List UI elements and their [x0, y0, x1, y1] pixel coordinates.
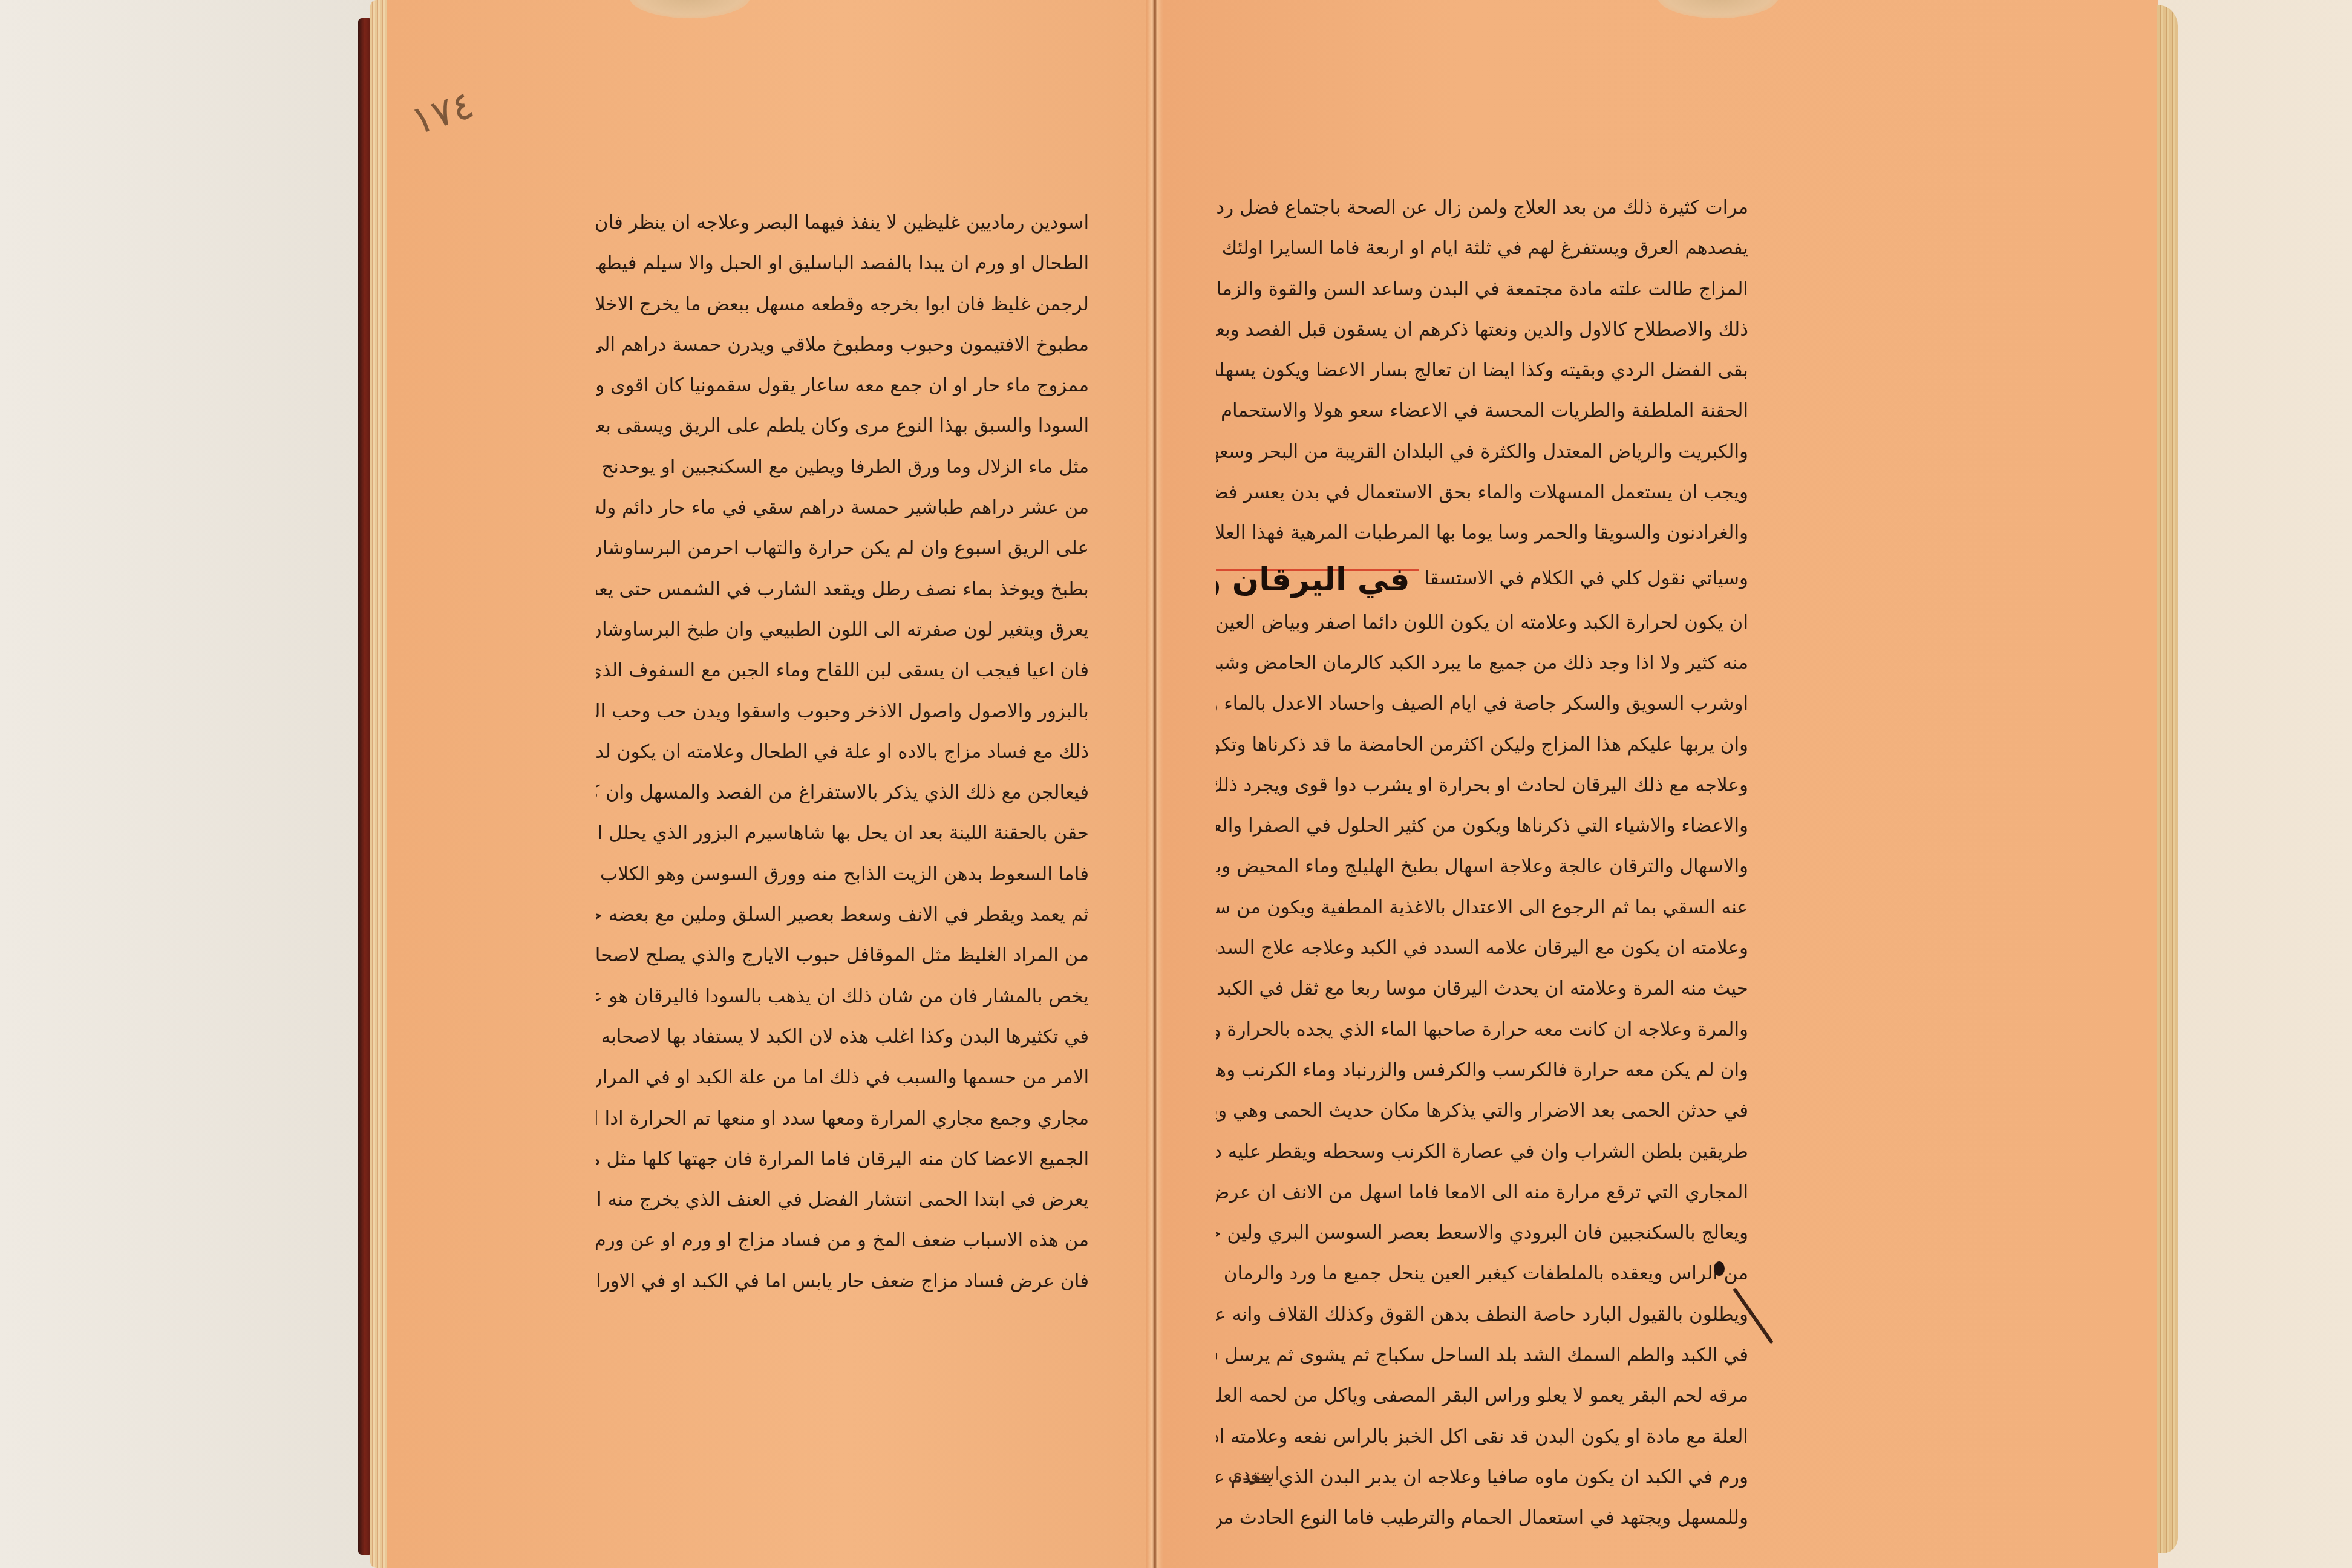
- text-line: العلة مع مادة او يكون البدن قد نقى اكل ا…: [1216, 1417, 1748, 1457]
- heading-line-before: وسياتي نقول كلي في الكلام في الاستسقا: [1424, 567, 1748, 589]
- text-line: ذلك مع فساد مزاج بالاده او علة في الطحال…: [596, 732, 1089, 773]
- text-line: في تكثيرها البدن وكذا اغلب هذه لان الكبد…: [596, 1017, 1089, 1057]
- text-line: يفصدهم العرق ويستفرغ لهم في ثلثة ايام او…: [1216, 228, 1748, 269]
- text-line: من الراس ويعقده بالملطفات كيغبر العين ين…: [1216, 1253, 1748, 1294]
- catchword: اسودی: [1228, 1464, 1280, 1485]
- text-line: ممزوج ماء حار او ان جمع معه ساعار يقول س…: [596, 365, 1089, 406]
- heading-line: وسياتي نقول كلي في الكلام في الاستسقا في…: [1216, 554, 1748, 603]
- text-line: ذلك والاصطلاح كالاول والدين ونعتها ذكرهم…: [1216, 310, 1748, 350]
- text-line: يخص بالمشار فان من شان ذلك ان يذهب بالسو…: [596, 976, 1089, 1017]
- text-line: حيث منه المرة وعلامته ان يحدث اليرقان مو…: [1216, 969, 1748, 1009]
- text-line: والاعضاء والاشياء التي ذكرناها ويكون من …: [1216, 806, 1748, 846]
- text-line: الحقنة الملطفة والطريات المحسة في الاعضا…: [1216, 391, 1748, 431]
- chapter-heading: في اليرقان وعلاجه: [1216, 569, 1419, 589]
- text-line: وللمسهل ويجتهد في استعمال الحمام والترطي…: [1216, 1498, 1748, 1538]
- text-line: ويعالج بالسكنجبين فان البرودي والاسعط بع…: [1216, 1213, 1748, 1253]
- background-left: [0, 0, 375, 1568]
- text-line: في حدثن الحمى بعد الاضرار والتي يذكرها م…: [1216, 1091, 1748, 1131]
- page-edges-left: [370, 0, 388, 1568]
- text-line: مطبوخ الافتيمون وحبوب ومطبوخ ملاقي ويدرن…: [596, 325, 1089, 365]
- text-line: مرات كثيرة ذلك من بعد العلاج ولمن زال عن…: [1216, 188, 1748, 228]
- text-line: المجاري التي ترقع مرارة منه الى الامعا ف…: [1216, 1172, 1748, 1213]
- text-line: مرقه لحم البقر يعمو لا يعلو وراس البقر ا…: [1216, 1376, 1748, 1416]
- text-line: لرجمن غليظ فان ابوا بخرجه وقطعه مسهل ببع…: [596, 284, 1089, 325]
- text-line: في الكبد والطم السمك الشد بلد الساحل سكب…: [1216, 1335, 1748, 1376]
- text-line: بطبخ ويوخذ بماء نصف رطل ويقعد الشارب في …: [596, 569, 1089, 610]
- page-edges-right: [2157, 5, 2178, 1553]
- text-line: المزاج طالت علته مادة مجتمعة في البدن وس…: [1216, 269, 1748, 310]
- text-line: الجميع الاعضا كان منه اليرقان فاما المرا…: [596, 1139, 1089, 1180]
- text-line: مثل ماء الزلال وما ورق الطرفا ويطين مع ا…: [596, 447, 1089, 488]
- text-line: الطحال او ورم ان يبدا بالفصد الباسليق او…: [596, 243, 1089, 284]
- text-line: فاما السعوط بدهن الزيت الذابح منه وورق ا…: [596, 854, 1089, 895]
- text-line: ويجب ان يستعمل المسهلات والماء بحق الاست…: [1216, 472, 1748, 513]
- text-line: والاسهال والترقان عالجة وعلاجة اسهال بطب…: [1216, 846, 1748, 887]
- text-line: وعلاجه مع ذلك اليرقان لحادث او بحرارة او…: [1216, 765, 1748, 806]
- text-line: من عشر دراهم طباشير حمسة دراهم سقي في ما…: [596, 488, 1089, 528]
- text-line: عنه السقي بما ثم الرجوع الى الاعتدال بال…: [1216, 887, 1748, 928]
- text-line: مجاري وجمع مجاري المرارة ومعها سدد او من…: [596, 1099, 1089, 1139]
- text-line: السودا والسبق بهذا النوع مرى وكان يلطم ع…: [596, 406, 1089, 446]
- text-line: من المراد الغليظ مثل الموقافل حبوب الايا…: [596, 935, 1089, 976]
- ink-blot: [1714, 1261, 1725, 1276]
- left-page-text: اسودين رماديين غليظين لا ينفذ فيهما البص…: [596, 203, 1089, 1302]
- text-line: طريقين بلطن الشراب وان في عصارة الكرنب و…: [1216, 1132, 1748, 1172]
- background-right: [2152, 0, 2352, 1568]
- text-line: ويطلون بالقيول البارد حاصة النطف بدهن ال…: [1216, 1295, 1748, 1335]
- text-line: وعلامته ان يكون مع اليرقان علامه السدد ف…: [1216, 928, 1748, 969]
- text-line: على الريق اسبوع وان لم يكن حرارة والتهاب…: [596, 528, 1089, 569]
- text-line: والكبريت والرياض المعتدل والكثرة في البل…: [1216, 432, 1748, 472]
- text-line: والغرادنون والسويقا والحمر وسا يوما بها …: [1216, 513, 1748, 554]
- text-line: بقى الفضل الردي وبقيته وكذا ايضا ان تعال…: [1216, 350, 1748, 391]
- text-line: حقن بالحقنة اللينة بعد ان يحل بها شاهاسي…: [596, 813, 1089, 854]
- text-line: الامر من حسمها والسبب في ذلك اما من علة …: [596, 1057, 1089, 1098]
- text-line: يعرض في ابتدا الحمى انتشار الفضل في العن…: [596, 1180, 1089, 1220]
- right-page-text: مرات كثيرة ذلك من بعد العلاج ولمن زال عن…: [1216, 188, 1748, 1539]
- text-line: فان عرض فساد مزاج ضعف حار يابس اما في ال…: [596, 1261, 1089, 1302]
- text-line: منه كثير ولا اذا وجد ذلك من جميع ما يبرد…: [1216, 643, 1748, 684]
- text-line: ورم في الكبد ان يكون ماوه صافيا وعلاجه ا…: [1216, 1457, 1748, 1498]
- text-line: ان يكون لحرارة الكبد وعلامته ان يكون الل…: [1216, 603, 1748, 643]
- book-gutter: [1146, 0, 1163, 1568]
- text-line: فيعالجن مع ذلك الذي يذكر بالاستفراغ من ا…: [596, 773, 1089, 813]
- text-line: ثم يعمد ويقطر في الانف وسعط بعصير السلق …: [596, 895, 1089, 935]
- text-line: اسودين رماديين غليظين لا ينفذ فيهما البص…: [596, 203, 1089, 243]
- text-line: فان اعيا فيجب ان يسقى لبن اللقاح وماء ال…: [596, 650, 1089, 691]
- text-line: اوشرب السويق والسكر جاصة في ايام الصيف و…: [1216, 684, 1748, 724]
- text-line: بالبزور والاصول واصول الاذخر وحبوب واسقو…: [596, 691, 1089, 732]
- text-line: والمرة وعلاجه ان كانت معه حرارة صاحبها ا…: [1216, 1010, 1748, 1050]
- text-line: وان لم يكن معه حرارة فالكرسب والكرفس وال…: [1216, 1050, 1748, 1091]
- text-line: من هذه الاسباب ضعف المخ و من فساد مزاج ا…: [596, 1220, 1089, 1261]
- text-line: يعرق ويتغير لون صفرته الى اللون الطبيعي …: [596, 610, 1089, 650]
- text-line: وان يربها عليكم هذا المزاج وليكن اكثرمن …: [1216, 725, 1748, 765]
